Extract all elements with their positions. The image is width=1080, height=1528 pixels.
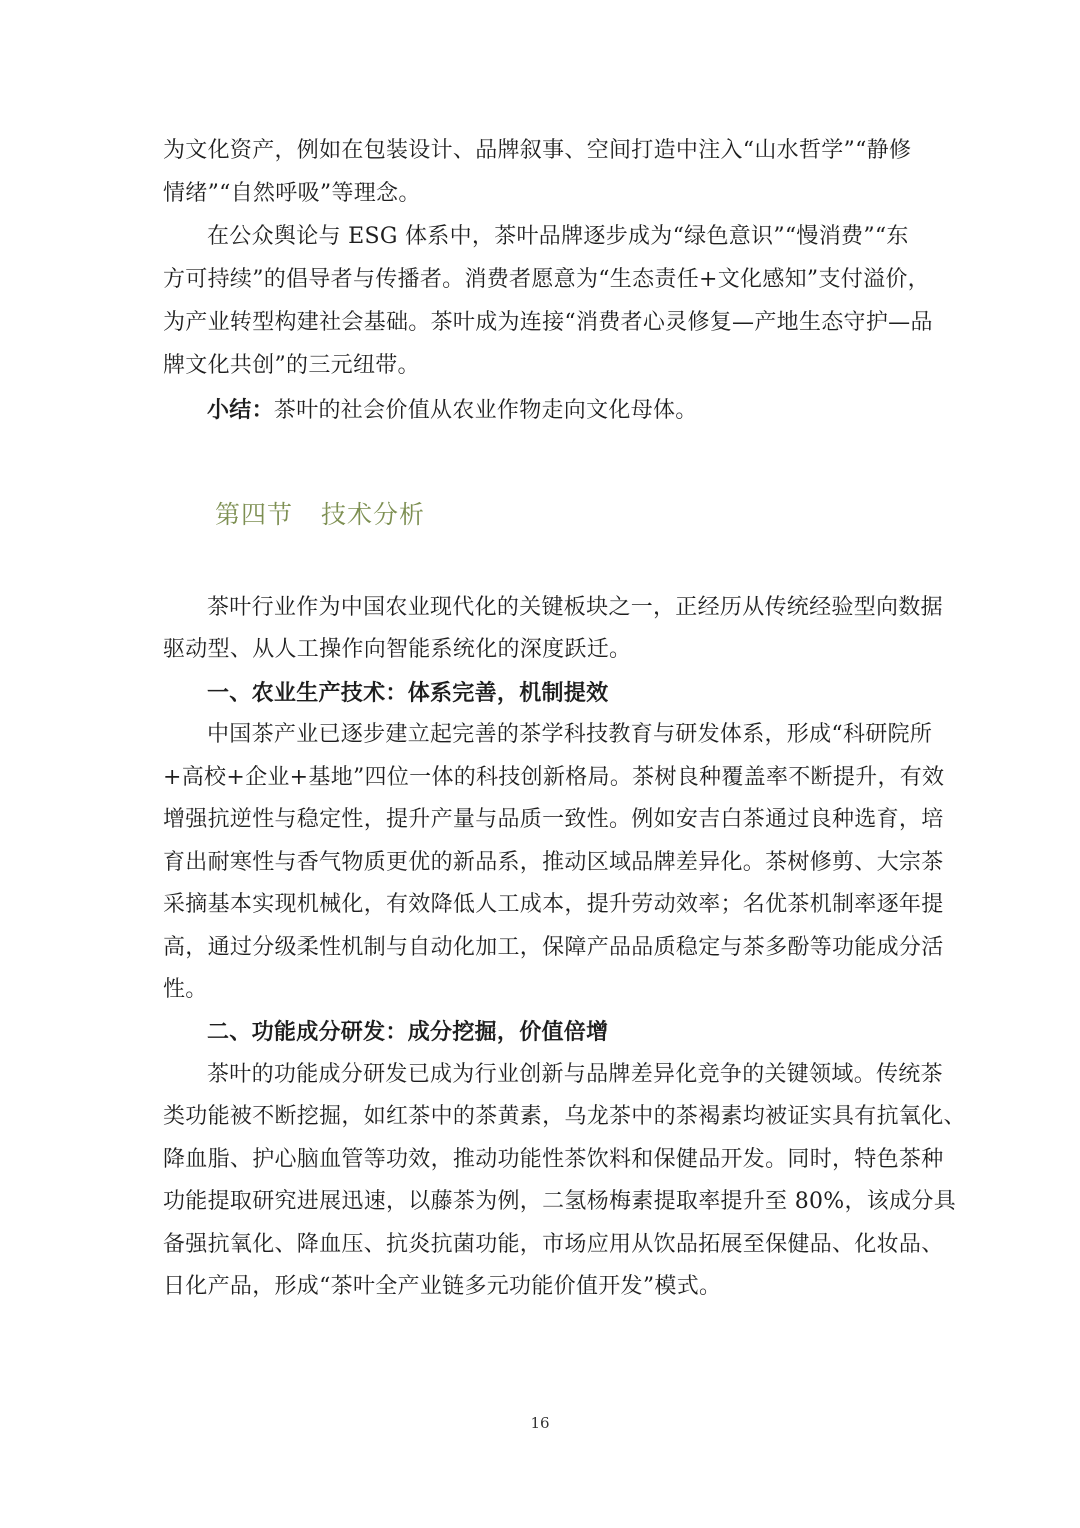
body-line: 茶叶行业作为中国农业现代化的关键板块之一，正经历从传统经验型向数据 [163, 593, 961, 623]
body-line: 为文化资产，例如在包装设计、品牌叙事、空间打造中注入“山水哲学”“静修 [163, 136, 917, 166]
body-line: 茶叶的功能成分研发已成为行业创新与品牌差异化竞争的关键领域。传统茶 [163, 1060, 961, 1090]
body-line: 备强抗氧化、降血压、抗炎抗菌功能，市场应用从饮品拓展至保健品、化妆品、 [163, 1230, 917, 1260]
summary-text: 茶叶的社会价值从农业作物走向文化母体。 [274, 398, 698, 423]
body-line: 牌文化共创”的三元纽带。 [163, 351, 917, 381]
body-line: 功能提取研究进展迅速，以藤茶为例，二氢杨梅素提取率提升至 80%，该成分具 [163, 1187, 917, 1217]
summary-label: 小结： [207, 397, 274, 423]
body-line: 性。 [163, 975, 917, 1005]
body-line: 中国茶产业已逐步建立起完善的茶学科技教育与研发体系，形成“科研院所 [163, 720, 961, 750]
body-line: +高校+企业+基地”四位一体的科技创新格局。茶树良种覆盖率不断提升，有效 [163, 763, 917, 793]
body-line: 降血脂、护心脑血管等功效，推动功能性茶饮料和保健品开发。同时，特色茶种 [163, 1145, 917, 1175]
page-number: 16 [0, 1414, 1080, 1432]
body-line: 类功能被不断挖掘，如红茶中的茶黄素，乌龙茶中的茶褐素均被证实具有抗氧化、 [163, 1102, 917, 1132]
section-name: 技术分析 [321, 500, 425, 529]
body-line: 在公众舆论与 ESG 体系中，茶叶品牌逐步成为“绿色意识”“慢消费”“东 [163, 222, 961, 252]
body-line: 高，通过分级柔性机制与自动化加工，保障产品品质稳定与茶多酚等功能成分活 [163, 933, 917, 963]
body-line: 采摘基本实现机械化，有效降低人工成本，提升劳动效率；名优茶机制率逐年提 [163, 890, 917, 920]
body-line: 驱动型、从人工操作向智能系统化的深度跃迁。 [163, 635, 917, 665]
section-number: 第四节 [215, 500, 293, 529]
body-line: 情绪”“自然呼吸”等理念。 [163, 179, 917, 209]
subsection-heading: 二、功能成分研发：成分挖掘，价值倍增 [163, 1017, 961, 1047]
subsection-heading: 一、农业生产技术：体系完善，机制提效 [163, 678, 961, 708]
body-line: 为产业转型构建社会基础。茶叶成为连接“消费者心灵修复—产地生态守护—品 [163, 308, 917, 338]
section-title: 第四节技术分析 [215, 495, 425, 531]
body-line: 日化产品，形成“茶叶全产业链多元功能价值开发”模式。 [163, 1272, 917, 1302]
body-line: 增强抗逆性与稳定性，提升产量与品质一致性。例如安吉白茶通过良种选育，培 [163, 805, 917, 835]
body-line: 育出耐寒性与香气物质更优的新品系，推动区域品牌差异化。茶树修剪、大宗茶 [163, 848, 917, 878]
summary-line: 小结：茶叶的社会价值从农业作物走向文化母体。 [163, 395, 961, 426]
body-line: 方可持续”的倡导者与传播者。消费者愿意为“生态责任+文化感知”支付溢价， [163, 265, 917, 295]
